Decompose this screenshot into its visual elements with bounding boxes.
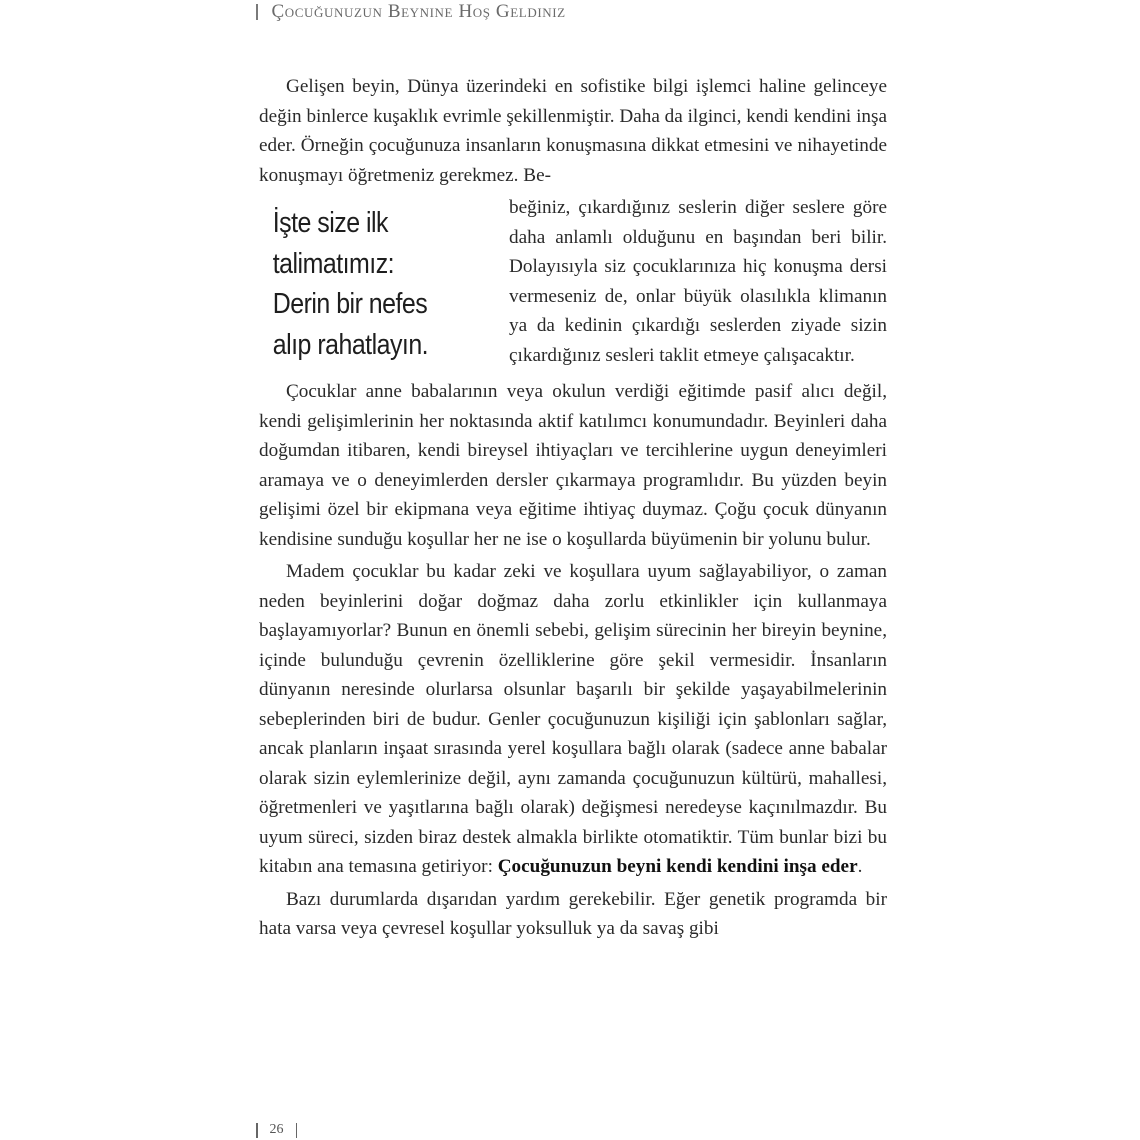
paragraph-4: Bazı durumlarda dışarıdan yardım gerekeb… [259, 885, 887, 944]
paragraph-3-tail: . [858, 856, 863, 877]
pull-quote-line: alıp rahatlayın. [273, 325, 466, 366]
folio-rule-left [256, 1123, 258, 1138]
pull-quote: İşte size ilk talimatımız: Derin bir nef… [259, 203, 465, 365]
paragraph-2: Çocuklar anne babalarının veya okulun ve… [259, 377, 887, 554]
paragraph-4-text: Bazı durumlarda dışarıdan yardım gerekeb… [259, 889, 887, 940]
page-number: 26 [270, 1122, 284, 1138]
paragraph-3: Madem çocuklar bu kadar zeki ve koşullar… [259, 557, 887, 882]
paragraph-3-emphasis: Çocuğunuzun beyni kendi kendini inşa ede… [498, 856, 858, 877]
pull-quote-line: İşte size ilk [273, 203, 466, 244]
header-rule [256, 4, 258, 20]
pull-quote-line: talimatımız: [273, 244, 466, 285]
paragraph-3-text: Madem çocuklar bu kadar zeki ve koşullar… [259, 561, 887, 877]
running-title: Çocuğunuzun Beynine Hoş Geldiniz [272, 1, 566, 23]
paragraph-1-intro: Gelişen beyin, Dünya üzerindeki en sofis… [259, 72, 887, 190]
pull-quote-line: Derin bir nefes [273, 284, 466, 325]
page-folio: 26 [256, 1122, 297, 1138]
running-header: Çocuğunuzun Beynine Hoş Geldiniz [256, 0, 566, 24]
paragraph-2-text: Çocuklar anne babalarının veya okulun ve… [259, 381, 887, 550]
paragraph-1-text-a: Gelişen beyin, Dünya üzerindeki en sofis… [259, 76, 887, 186]
page-body: Gelişen beyin, Dünya üzerindeki en sofis… [259, 72, 887, 947]
paragraph-1-text-b: beğiniz, çıkardığınız seslerin diğer ses… [509, 197, 887, 366]
folio-rule-right [296, 1123, 298, 1138]
